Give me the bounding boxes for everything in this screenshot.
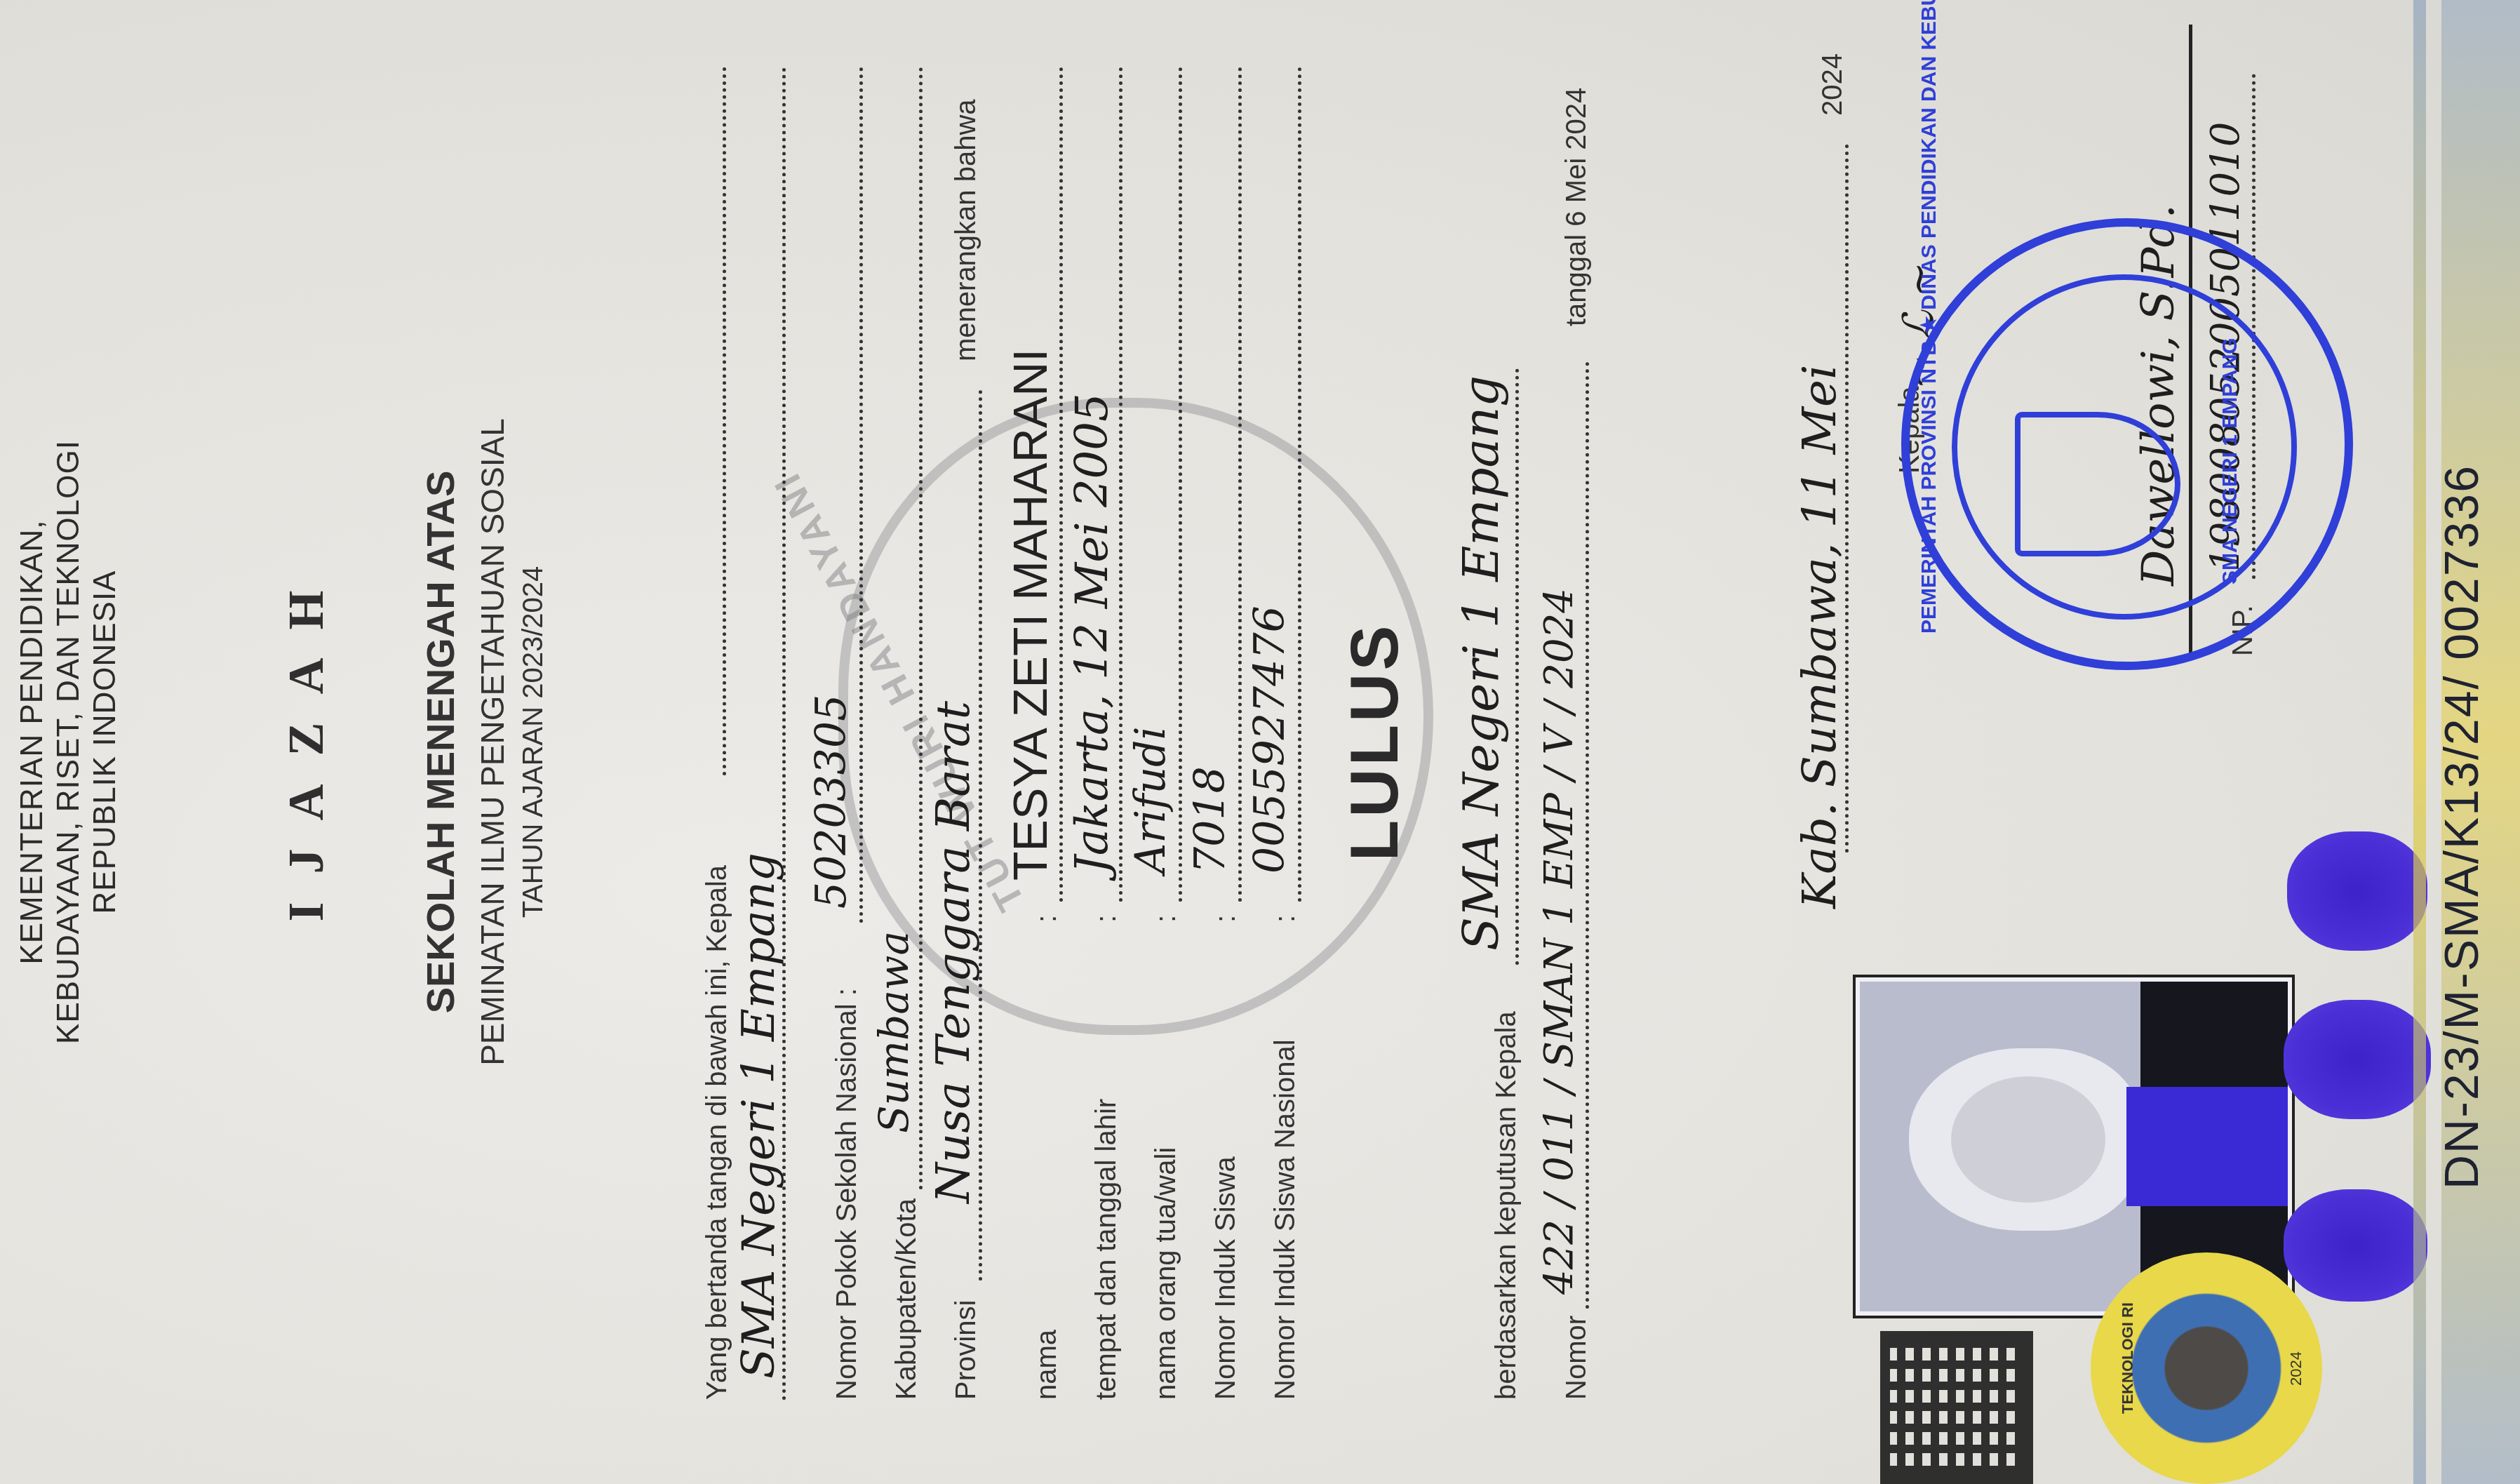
school-type: SEKOLAH MENENGAH ATAS: [417, 0, 463, 1484]
thumbprint-1: [2284, 1189, 2427, 1302]
dotted-line: [1845, 144, 1849, 853]
decree-issuer: SMA Negeri 1 Empang: [1452, 375, 1510, 951]
hologram-seal-icon: TEKNOLOGI RI 2024: [2091, 1252, 2322, 1484]
thumbprint-2: [2284, 1000, 2431, 1119]
photo-ink-overlap: [2126, 1087, 2288, 1206]
student-name: TESYA ZETI MAHARANI: [1003, 349, 1058, 881]
decree-date: tanggal 6 Mei 2024: [1561, 88, 1593, 326]
colon: :: [1270, 915, 1301, 923]
major: PEMINATAN ILMU PENGETAHUAN SOSIAL: [474, 0, 511, 1484]
dotted-line: [1179, 67, 1182, 902]
dotted-line: [723, 67, 726, 775]
ntb-emblem-icon: [2015, 412, 2180, 556]
intro-label: Yang bertanda tangan di bawah ini, Kepal…: [702, 865, 733, 1400]
province-label: Provinsi: [951, 1300, 982, 1400]
ministry-line-2: KEBUDAYAAN, RISET, DAN TEKNOLOGI: [51, 0, 87, 1484]
school-stamp: PEMERINTAH PROVINSI NTB ★ DINAS PENDIDIK…: [1901, 218, 2353, 670]
dotted-line: [1586, 361, 1589, 1309]
nis-value: 7018: [1186, 766, 1235, 874]
colon: :: [1031, 915, 1063, 923]
school-name-handwritten: SMA Negeri 1 Empang: [733, 853, 785, 1379]
diploma-document: KEMENTERIAN PENDIDIKAN, KEBUDAYAAN, RISE…: [0, 0, 2520, 1484]
decree-number: 422 / 011 / SMAN 1 EMP / V / 2024: [1536, 588, 1582, 1295]
field-label-nis: Nomor Induk Siswa: [1210, 1156, 1242, 1400]
dotted-line: [782, 67, 786, 1400]
ministry-line-1: KEMENTERIAN PENDIDIKAN,: [14, 0, 51, 1484]
decree-number-label: Nomor: [1561, 1316, 1593, 1400]
field-label-birth: tempat dan tanggal lahir: [1091, 1099, 1122, 1400]
field-label-parent: nama orang tua/wali: [1151, 1147, 1182, 1400]
border-ornament-line: [2413, 0, 2426, 1484]
thumbprint-3: [2287, 831, 2427, 951]
colon: :: [1151, 915, 1182, 923]
colon: :: [1210, 915, 1242, 923]
seal-year: 2024: [2287, 1351, 2305, 1386]
ministry-header: KEMENTERIAN PENDIDIKAN, KEBUDAYAAN, RISE…: [14, 0, 123, 1484]
ministry-line-3: REPUBLIK INDONESIA: [87, 0, 123, 1484]
sign-place-date: Kab. Sumbawa, 11 Mei: [1792, 365, 1847, 909]
dotted-line: [1298, 67, 1301, 902]
photo-face: [1951, 1076, 2105, 1203]
npsn-label: Nomor Pokok Sekolah Nasional :: [831, 988, 863, 1400]
graduation-status: LULUS: [1336, 0, 1414, 1484]
statement-text: menerangkan bahwa: [951, 99, 982, 361]
stamp-inner-text: SMA NEGERI 1 EMPANG: [2218, 337, 2242, 584]
document-title: IJAZAH: [277, 0, 335, 1484]
dotted-line: [1238, 67, 1242, 902]
dotted-line: [859, 67, 863, 923]
dotted-line: [1515, 368, 1519, 965]
regency-label: Kabupaten/Kota: [891, 1198, 923, 1400]
stamp-outer-text: PEMERINTAH PROVINSI NTB ★ DINAS PENDIDIK…: [1917, 0, 1941, 634]
sign-year: 2024: [1817, 53, 1849, 116]
dotted-line: [919, 67, 923, 1189]
parent-name: Arifudi: [1126, 726, 1175, 874]
province-value: Nusa Tenggara Barat: [926, 701, 980, 1203]
dotted-line: [1119, 67, 1122, 902]
serial-number: DN-23/M-SMA/K13/24/ 0027336: [2434, 464, 2489, 1189]
field-label-nisn: Nomor Induk Siswa Nasional: [1270, 1039, 1301, 1400]
colon: :: [1091, 915, 1122, 923]
birth-place-date: Jakarta, 12 Mei 2005: [1066, 393, 1118, 874]
nisn-value: 0055927476: [1245, 606, 1294, 874]
field-label-name: nama: [1031, 1330, 1063, 1400]
dotted-line: [979, 389, 982, 1281]
seal-text: TEKNOLOGI RI: [2119, 1302, 2137, 1414]
qr-code: [1880, 1331, 2033, 1484]
npsn-value: 50203305: [807, 695, 856, 909]
dotted-line: [1059, 67, 1063, 902]
decree-label: berdasarkan keputusan Kepala: [1491, 1011, 1522, 1400]
regency-value: Sumbawa: [870, 931, 918, 1133]
academic-year: TAHUN AJARAN 2023/2024: [518, 0, 549, 1484]
